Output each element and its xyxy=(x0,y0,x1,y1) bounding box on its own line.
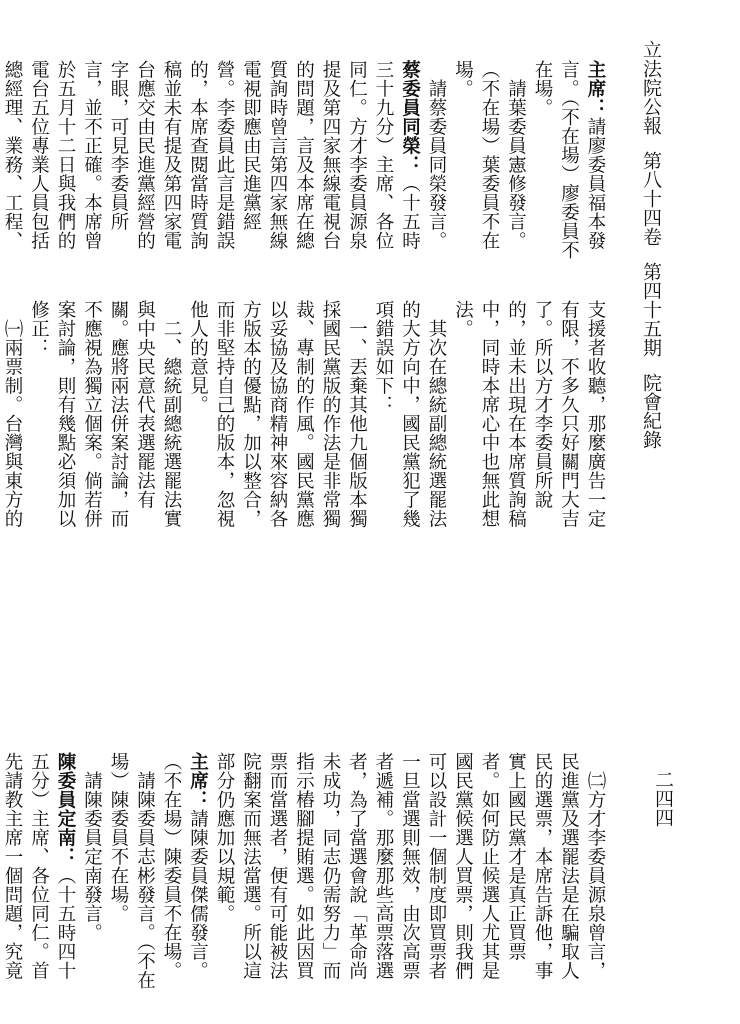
paragraph: 二、總統副總統選罷法實與中央民意代表選罷法有關。應將兩法併案討論，而不應視為獨立… xyxy=(25,300,184,530)
paragraph: 其次在總統副總統選罷法的大方向中，國民黨犯了幾項錯誤如下： xyxy=(370,300,450,530)
paragraph: 請葉委員憲修發言。（不在場）葉委員不在場。 xyxy=(449,60,529,265)
speaker-label: 主席： xyxy=(188,752,209,809)
paragraph: 一、丟棄其他九個版本獨採國民黨版的作法是非常獨裁、專制的作風。國民黨應以妥協及協… xyxy=(184,300,370,530)
paragraph: 請陳委員志彬發言。（不在場）陳委員不在場。 xyxy=(105,752,158,997)
issue-label: 第四十五期 xyxy=(640,262,662,357)
paragraph: 支援者收聽，那麼廣告一定有限，不多久只好關門大吉了。所以方才李委員所說的，並未出… xyxy=(449,300,608,530)
paragraph: 請陳委員定南發言。 xyxy=(78,752,105,997)
top-section-lower: 支援者收聽，那麼廣告一定有限，不多久只好關門大吉了。所以方才李委員所說的，並未出… xyxy=(0,300,608,530)
page-header: 立法院公報第八十四卷第四十五期院會紀錄 xyxy=(640,40,662,449)
page-number: 二四四 xyxy=(652,770,674,827)
paragraph: 主席：請廖委員福本發言。（不在場）廖委員不在場。 xyxy=(529,60,609,265)
paragraph: 陳委員定南：（十五時四十五分）主席、各位同仁。首先請教主席一個問題，究竟台灣是那… xyxy=(0,752,78,997)
speaker-label: 蔡委員同榮： xyxy=(400,60,421,174)
top-section-upper: 主席：請廖委員福本發言。（不在場）廖委員不在場。 請葉委員憲修發言。（不在場）葉… xyxy=(0,60,608,265)
volume-label: 第八十四卷 xyxy=(640,151,662,246)
speaker-label: 陳委員定南： xyxy=(55,752,76,866)
paragraph: 蔡委員同榮：（十五時三十九分）主席、各位同仁。方才李委員源泉提及第四家無線電視台… xyxy=(0,60,423,265)
gazette-page: 立法院公報第八十四卷第四十五期院會紀錄 二四四 主席：請廖委員福本發言。（不在場… xyxy=(0,0,740,1024)
speaker-label: 主席： xyxy=(585,60,606,117)
section-label: 院會紀錄 xyxy=(640,373,662,449)
paragraph: 主席：請陳委員傑儒發言。（不在場）陳委員不在場。 xyxy=(158,752,211,997)
paragraph: ㈠兩票制。台灣與東方的政治文化都是注重人與人之間的關係。人民之所以投票，並不一定… xyxy=(0,300,25,530)
paragraph: 請蔡委員同榮發言。 xyxy=(423,60,450,265)
publication-title: 立法院公報 xyxy=(640,40,662,135)
paragraph: ㈡方才李委員源泉曾言，民進黨及選罷法是在騙取人民的選票，本席告訴他，事實上國民黨… xyxy=(211,752,609,997)
bottom-section: ㈡方才李委員源泉曾言，民進黨及選罷法是在騙取人民的選票，本席告訴他，事實上國民黨… xyxy=(0,752,608,997)
